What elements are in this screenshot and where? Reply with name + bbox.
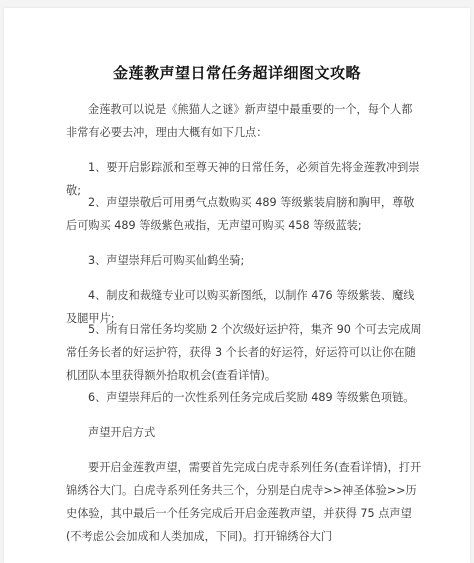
document-page: 金莲教声望日常任务超详细图文攻略 金莲教可以说是《熊猫人之谜》新声望中最重要的一… (4, 8, 470, 563)
document-title: 金莲教声望日常任务超详细图文攻略 (4, 62, 470, 83)
point-2: 2、声望崇敬后可用勇气点数购买 489 等级紫装肩膀和胸甲，尊敬后可购买 489… (66, 191, 422, 237)
point-6: 6、声望崇拜后的一次性系列任务完成后奖励 489 等级紫色项链。 (66, 386, 422, 409)
section-paragraph: 要开启金莲教声望，需要首先完成白虎寺系列任务(查看详情)，打开锦绣谷大门。白虎寺… (66, 456, 422, 548)
point-5: 5、所有日常任务均奖励 2 个次级好运护符，集齐 90 个可去完成周常任务长者的… (66, 318, 422, 387)
section-heading: 声望开启方式 (66, 421, 422, 444)
point-3: 3、声望崇拜后可购买仙鹤坐骑; (66, 249, 422, 272)
intro-paragraph: 金莲教可以说是《熊猫人之谜》新声望中最重要的一个，每个人都非常有必要去冲，理由大… (66, 98, 422, 144)
